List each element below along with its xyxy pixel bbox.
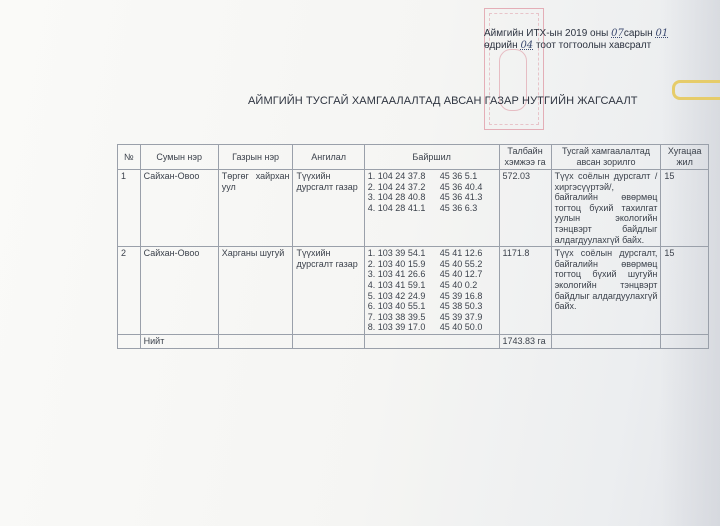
table-header-row: № Сумын нэр Газрын нэр Ангилал Байршил Т… <box>118 145 709 170</box>
header-soum: Сумын нэр <box>140 145 218 170</box>
coordinate-point: 5. 103 42 24.945 39 16.8 <box>368 291 496 302</box>
paperclip-icon <box>672 80 720 100</box>
document-title: АЙМГИЙН ТУСГАЙ ХАМГААЛАЛТАД АВСАН ГАЗАР … <box>248 95 638 107</box>
row-soum: Сайхан-Овоо <box>140 247 218 335</box>
handwritten-day: 01 <box>655 28 668 39</box>
row-category: Түүхийн дурсгалт газар <box>293 247 364 335</box>
total-area: 1743.83 га <box>499 334 551 348</box>
handwritten-month: 07 <box>611 28 624 39</box>
approval-line-2: өдрийн 04 тоот тогтоолын хавсралт <box>484 40 668 52</box>
row-no: 2 <box>118 247 141 335</box>
coordinate-point: 7. 103 38 39.545 39 37.9 <box>368 312 496 323</box>
row-location: 1. 103 39 54.145 41 12.62. 103 40 15.945… <box>364 247 499 335</box>
coordinate-point: 6. 103 40 55.145 38 50.3 <box>368 301 496 312</box>
row-no: 1 <box>118 170 141 247</box>
row-soum: Сайхан-Овоо <box>140 170 218 247</box>
approval-line-1: Аймгийн ИТХ-ын 2019 оны 07сарын 01 <box>484 28 668 40</box>
coordinate-point: 1. 104 24 37.845 36 5.1 <box>368 171 496 182</box>
row-location: 1. 104 24 37.845 36 5.12. 104 24 37.245 … <box>364 170 499 247</box>
header-category: Ангилал <box>293 145 364 170</box>
row-term: 15 <box>661 170 709 247</box>
document-page: Аймгийн ИТХ-ын 2019 оны 07сарын 01 өдрий… <box>0 0 720 526</box>
row-area: 572.03 <box>499 170 551 247</box>
table-row: 2Сайхан-ОвооХарганы шугуйТүүхийн дурсгал… <box>118 247 709 335</box>
row-term: 15 <box>661 247 709 335</box>
coordinate-point: 4. 103 41 59.145 40 0.2 <box>368 280 496 291</box>
coordinate-point: 2. 104 24 37.245 36 40.4 <box>368 182 496 193</box>
row-category: Түүхийн дурсгалт газар <box>293 170 364 247</box>
table-row: 1Сайхан-ОвооТөргөг хайрхан уулТүүхийн ду… <box>118 170 709 247</box>
row-place: Харганы шугуй <box>218 247 293 335</box>
header-place: Газрын нэр <box>218 145 293 170</box>
handwritten-number: 04 <box>520 40 533 51</box>
header-area: Талбайн хэмжээ га <box>499 145 551 170</box>
coordinate-point: 1. 103 39 54.145 41 12.6 <box>368 248 496 259</box>
coordinate-point: 3. 103 41 26.645 40 12.7 <box>368 269 496 280</box>
row-place: Төргөг хайрхан уул <box>218 170 293 247</box>
coordinate-point: 3. 104 28 40.845 36 41.3 <box>368 192 496 203</box>
header-location: Байршил <box>364 145 499 170</box>
coordinate-point: 4. 104 28 41.145 36 6.3 <box>368 203 496 214</box>
row-area: 1171.8 <box>499 247 551 335</box>
header-purpose: Тусгай хамгаалалтад авсан зорилго <box>551 145 661 170</box>
row-purpose: Түүх соёлын дурсгалт, байгалийн өвөрмөц … <box>551 247 661 335</box>
row-purpose: Түүх соёлын дурсгалт /хиргэсүүртэй/, бай… <box>551 170 661 247</box>
protected-areas-table: № Сумын нэр Газрын нэр Ангилал Байршил Т… <box>117 144 709 349</box>
coordinate-point: 2. 103 40 15.945 40 55.2 <box>368 259 496 270</box>
red-stamp <box>484 8 544 130</box>
total-label: Нийт <box>140 334 218 348</box>
coordinate-point: 8. 103 39 17.045 40 50.0 <box>368 322 496 333</box>
header-no: № <box>118 145 141 170</box>
approval-note: Аймгийн ИТХ-ын 2019 оны 07сарын 01 өдрий… <box>484 28 668 52</box>
total-row: Нийт 1743.83 га <box>118 334 709 348</box>
header-term: Хугацаа жил <box>661 145 709 170</box>
